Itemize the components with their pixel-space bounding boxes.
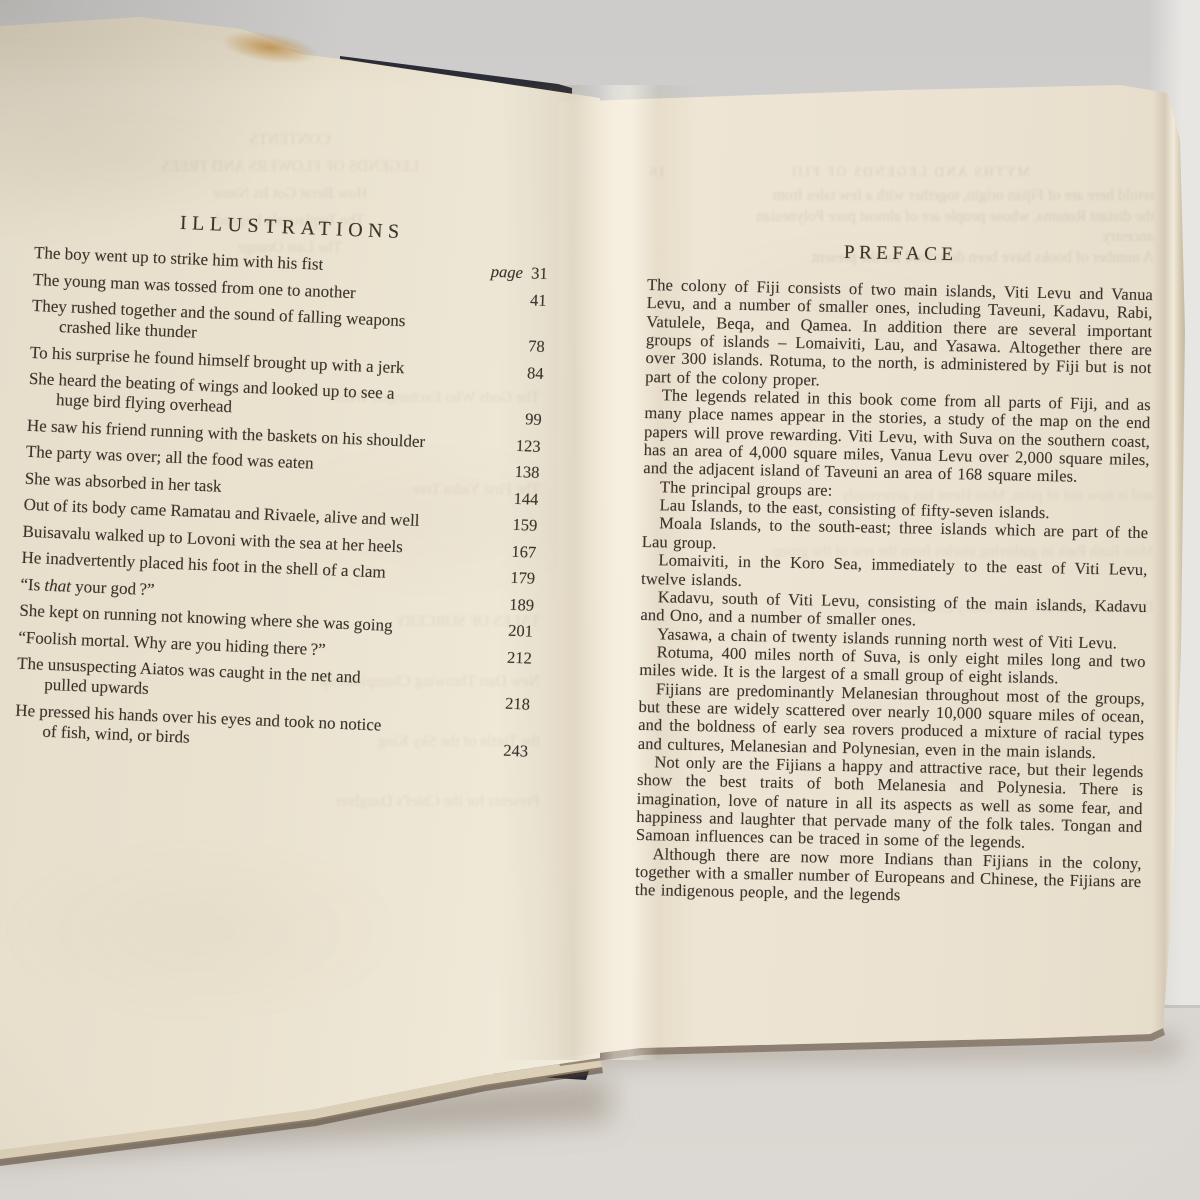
preface-paragraph: Fijians are predominantly Melanesian thr… [638,679,1145,763]
preface-paragraph: The legends related in this book come fr… [643,386,1151,488]
entry-page-number: 218 [474,692,531,714]
preface-page-text: PREFACE The colony of Fiji consists of t… [635,238,1154,910]
entry-page-number: 212 [476,646,533,668]
illustrations-list: The boy went up to strike him with his f… [14,243,548,761]
preface-body: The colony of Fiji consists of two main … [635,276,1153,910]
entry-page-number: 189 [478,593,535,615]
book-photograph: CONTENTSLEGENDS OF FLOWERS AND TREESHow … [0,0,1200,1200]
entry-page-number: 159 [481,514,538,536]
entry-page-number: 167 [480,540,537,562]
entry-page-number: 84 [487,361,544,383]
entry-page-number: 41 [490,288,547,310]
preface-paragraph: Although there are now more Indians than… [635,845,1142,910]
entry-page-number: 243 [472,739,529,761]
entry-page-number: 78 [488,335,545,357]
entry-page-number: 201 [477,619,534,641]
entry-page-number: 179 [479,566,536,588]
illustrations-page-text: ILLUSTRATIONS The boy went up to strike … [14,206,550,768]
entry-page-number: 144 [482,487,539,509]
preface-paragraph: The colony of Fiji consists of two main … [645,276,1153,396]
entry-page-number: page 31 [490,262,548,284]
entry-page-number: 123 [484,434,541,456]
entry-page-number: 99 [485,408,542,430]
preface-paragraph: Not only are the Fijians a happy and att… [636,753,1144,855]
entry-page-number: 138 [483,461,540,483]
